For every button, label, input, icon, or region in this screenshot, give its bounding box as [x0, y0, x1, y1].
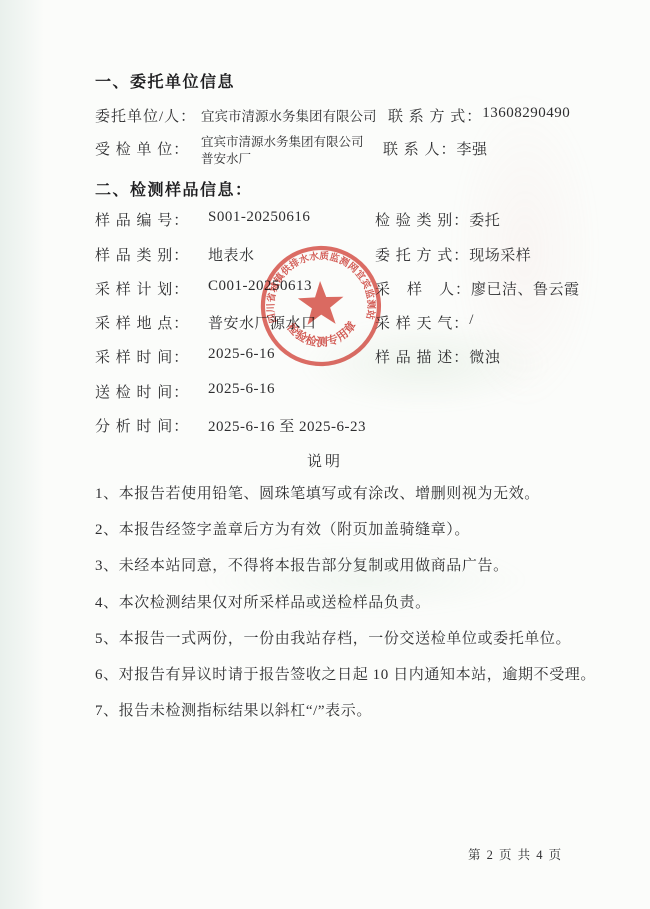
contact-method-label: 联 系 方 式：	[388, 105, 482, 126]
contact-method-value: 13608290490	[482, 105, 570, 121]
note-item-2: 2、本报告经签字盖章后方为有效（附页加盖骑缝章）。	[95, 512, 597, 548]
field-label: 采 样 地 点：	[95, 312, 208, 333]
section-heading-sample-info: 二、检测样品信息：	[95, 177, 253, 200]
field-label: 委 托 方 式：	[375, 244, 469, 265]
note-item-1: 1、本报告若使用铅笔、圆珠笔填写或有涂改、增删则视为无效。	[95, 476, 597, 512]
inspected-unit-row: 受 检 单 位：宜宾市清源水务集团有限公司普安水厂 联 系 人：李强	[95, 133, 620, 169]
star-icon	[297, 280, 344, 325]
contact-method-group: 联 系 方 式：13608290490	[388, 105, 570, 126]
contact-person-group: 联 系 人：李强	[383, 133, 488, 167]
note-item-5: 5、本报告一式两份，一份由我站存档，一份交送检单位或委托单位。	[95, 621, 597, 657]
inspection-seal-stamp: 四川省城镇供排水水质监测网宜宾监测站 检验检测专用章	[255, 242, 387, 374]
note-item-3: 3、未经本站同意，不得将本报告部分复制或用做商品广告。	[95, 548, 597, 584]
contact-person-value: 李强	[457, 142, 488, 158]
inspected-unit-label: 受 检 单 位：	[95, 133, 201, 167]
field-label: 样 品 编 号：	[95, 209, 208, 230]
field-value: S001-20250616	[208, 209, 310, 225]
field-value: 2025-6-16	[208, 381, 275, 397]
note-item-7: 7、报告未检测指标结果以斜杠“/”表示。	[95, 693, 597, 729]
sample-row-delivery-time: 送 检 时 间：2025-6-16	[95, 381, 620, 402]
field-value: 廖已洁、鲁云霞	[471, 282, 580, 298]
inspected-unit-value-line1: 宜宾市清源水务集团有限公司	[201, 134, 364, 151]
field-value: 委托	[469, 213, 500, 229]
field-label: 采 样 天 气：	[375, 312, 469, 333]
field-value: 现场采样	[469, 248, 531, 264]
note-item-6: 6、对报告有异议时请于报告签收之日起 10 日内通知本站，逾期不受理。	[95, 657, 597, 693]
field-label: 样 品 类 别：	[95, 244, 208, 265]
inspected-unit-value: 宜宾市清源水务集团有限公司普安水厂	[201, 133, 364, 168]
field-group: 采 样 天 气：/	[375, 312, 474, 333]
client-row: 委托单位/人：宜宾市清源水务集团有限公司 联 系 方 式：13608290490	[95, 105, 620, 126]
field-label: 采 样 人：	[375, 278, 471, 299]
sample-row-number: 样 品 编 号：S001-20250616 检 验 类 别：委托	[95, 209, 620, 230]
field-value: /	[469, 312, 474, 328]
field-label: 样 品 描 述：	[375, 346, 469, 367]
field-group: 样 品 描 述：微浊	[375, 346, 500, 367]
field-group: 委 托 方 式：现场采样	[375, 244, 531, 265]
field-label: 分 析 时 间：	[95, 415, 208, 436]
contact-person-label: 联 系 人：	[383, 133, 457, 167]
field-group: 采 样 人：廖已洁、鲁云霞	[375, 278, 580, 299]
client-label: 委托单位/人：	[95, 105, 201, 126]
field-label: 采 样 时 间：	[95, 346, 208, 367]
notes-list: 1、本报告若使用铅笔、圆珠笔填写或有涂改、增删则视为无效。 2、本报告经签字盖章…	[95, 476, 597, 729]
stamp-bottom-text: 检验检测专用章	[284, 318, 360, 350]
inspected-unit-value-line2: 普安水厂	[201, 151, 364, 168]
notes-heading: 说明	[0, 450, 650, 471]
field-value: 微浊	[469, 350, 500, 366]
client-value: 宜宾市清源水务集团有限公司	[201, 109, 377, 124]
field-value: 地表水	[208, 248, 255, 264]
note-item-4: 4、本次检测结果仅对所采样品或送检样品负责。	[95, 585, 597, 621]
field-group: 检 验 类 别：委托	[375, 209, 500, 230]
field-label: 送 检 时 间：	[95, 381, 208, 402]
field-label: 检 验 类 别：	[375, 209, 469, 230]
field-value: 2025-6-16 至 2025-6-23	[208, 419, 366, 435]
field-label: 采 样 计 划：	[95, 278, 208, 299]
report-page: 一、委托单位信息 委托单位/人：宜宾市清源水务集团有限公司 联 系 方 式：13…	[0, 0, 650, 909]
section-heading-client-info: 一、委托单位信息	[95, 69, 235, 92]
page-number-footer: 第 2 页 共 4 页	[468, 845, 563, 863]
sample-row-analysis-time: 分 析 时 间：2025-6-16 至 2025-6-23	[95, 415, 620, 436]
